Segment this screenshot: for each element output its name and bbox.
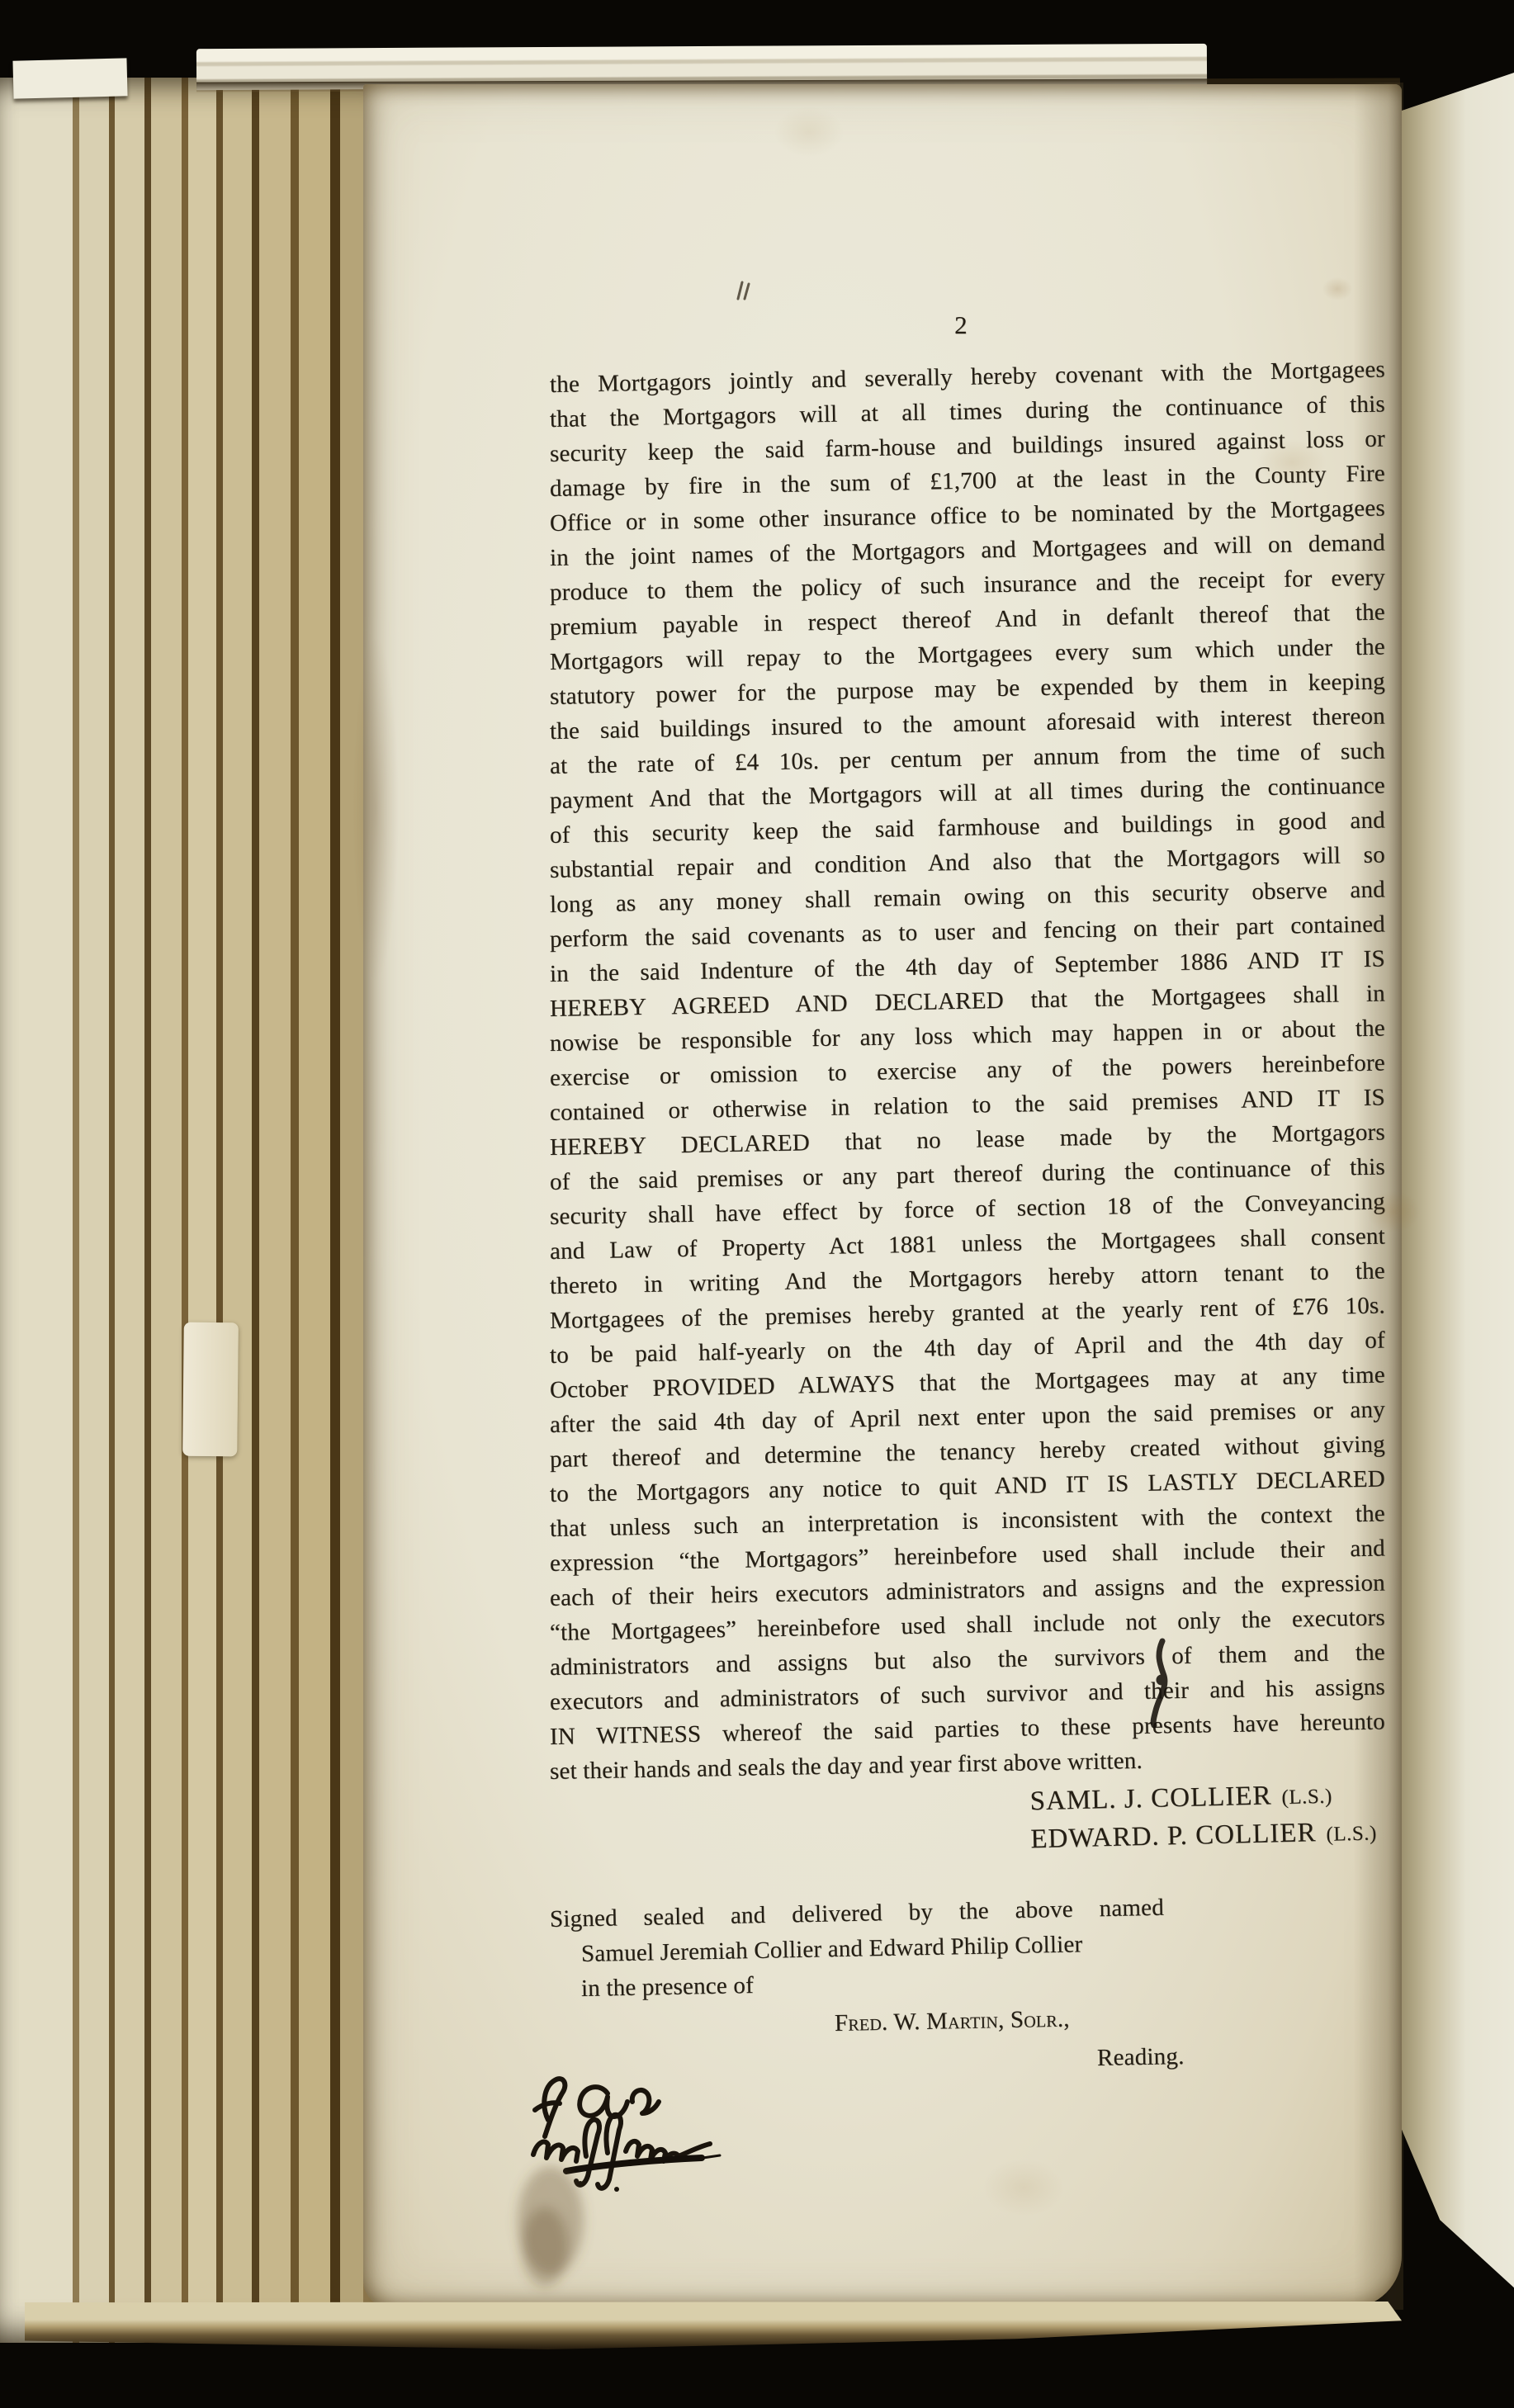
signatory-name: EDWARD. P. COLLIER [1030, 1814, 1317, 1858]
signatory-name: SAML. J. COLLIER [1029, 1776, 1272, 1820]
bottom-page-edges [25, 2302, 1402, 2349]
book-photograph: 2 the Mortgagors jointly and severally h… [0, 0, 1514, 2408]
witness-name: Fred. W. Martin, Solr., [835, 1999, 1165, 2041]
body-text: the Mortgagors jointly and severally her… [550, 367, 1385, 1789]
seal-mark: (L.S.) [1326, 1814, 1377, 1853]
facing-page-edge [1402, 73, 1514, 2333]
page-text-column: 2 the Mortgagors jointly and severally h… [550, 308, 1385, 2075]
signature-block: SAML. J. COLLIER (L.S.) EDWARD. P. COLLI… [550, 1794, 1385, 1870]
seal-mark: (L.S.) [1281, 1778, 1332, 1817]
attestation-block: Signed sealed and delivered by the above… [550, 1902, 1164, 2075]
page-number: 2 [543, 308, 1379, 343]
top-sheet-edge-left [12, 58, 127, 98]
left-page-stack-edges [0, 78, 388, 2343]
witness-place: Reading. [1097, 2039, 1165, 2075]
repair-tape-tab [182, 1322, 239, 1457]
